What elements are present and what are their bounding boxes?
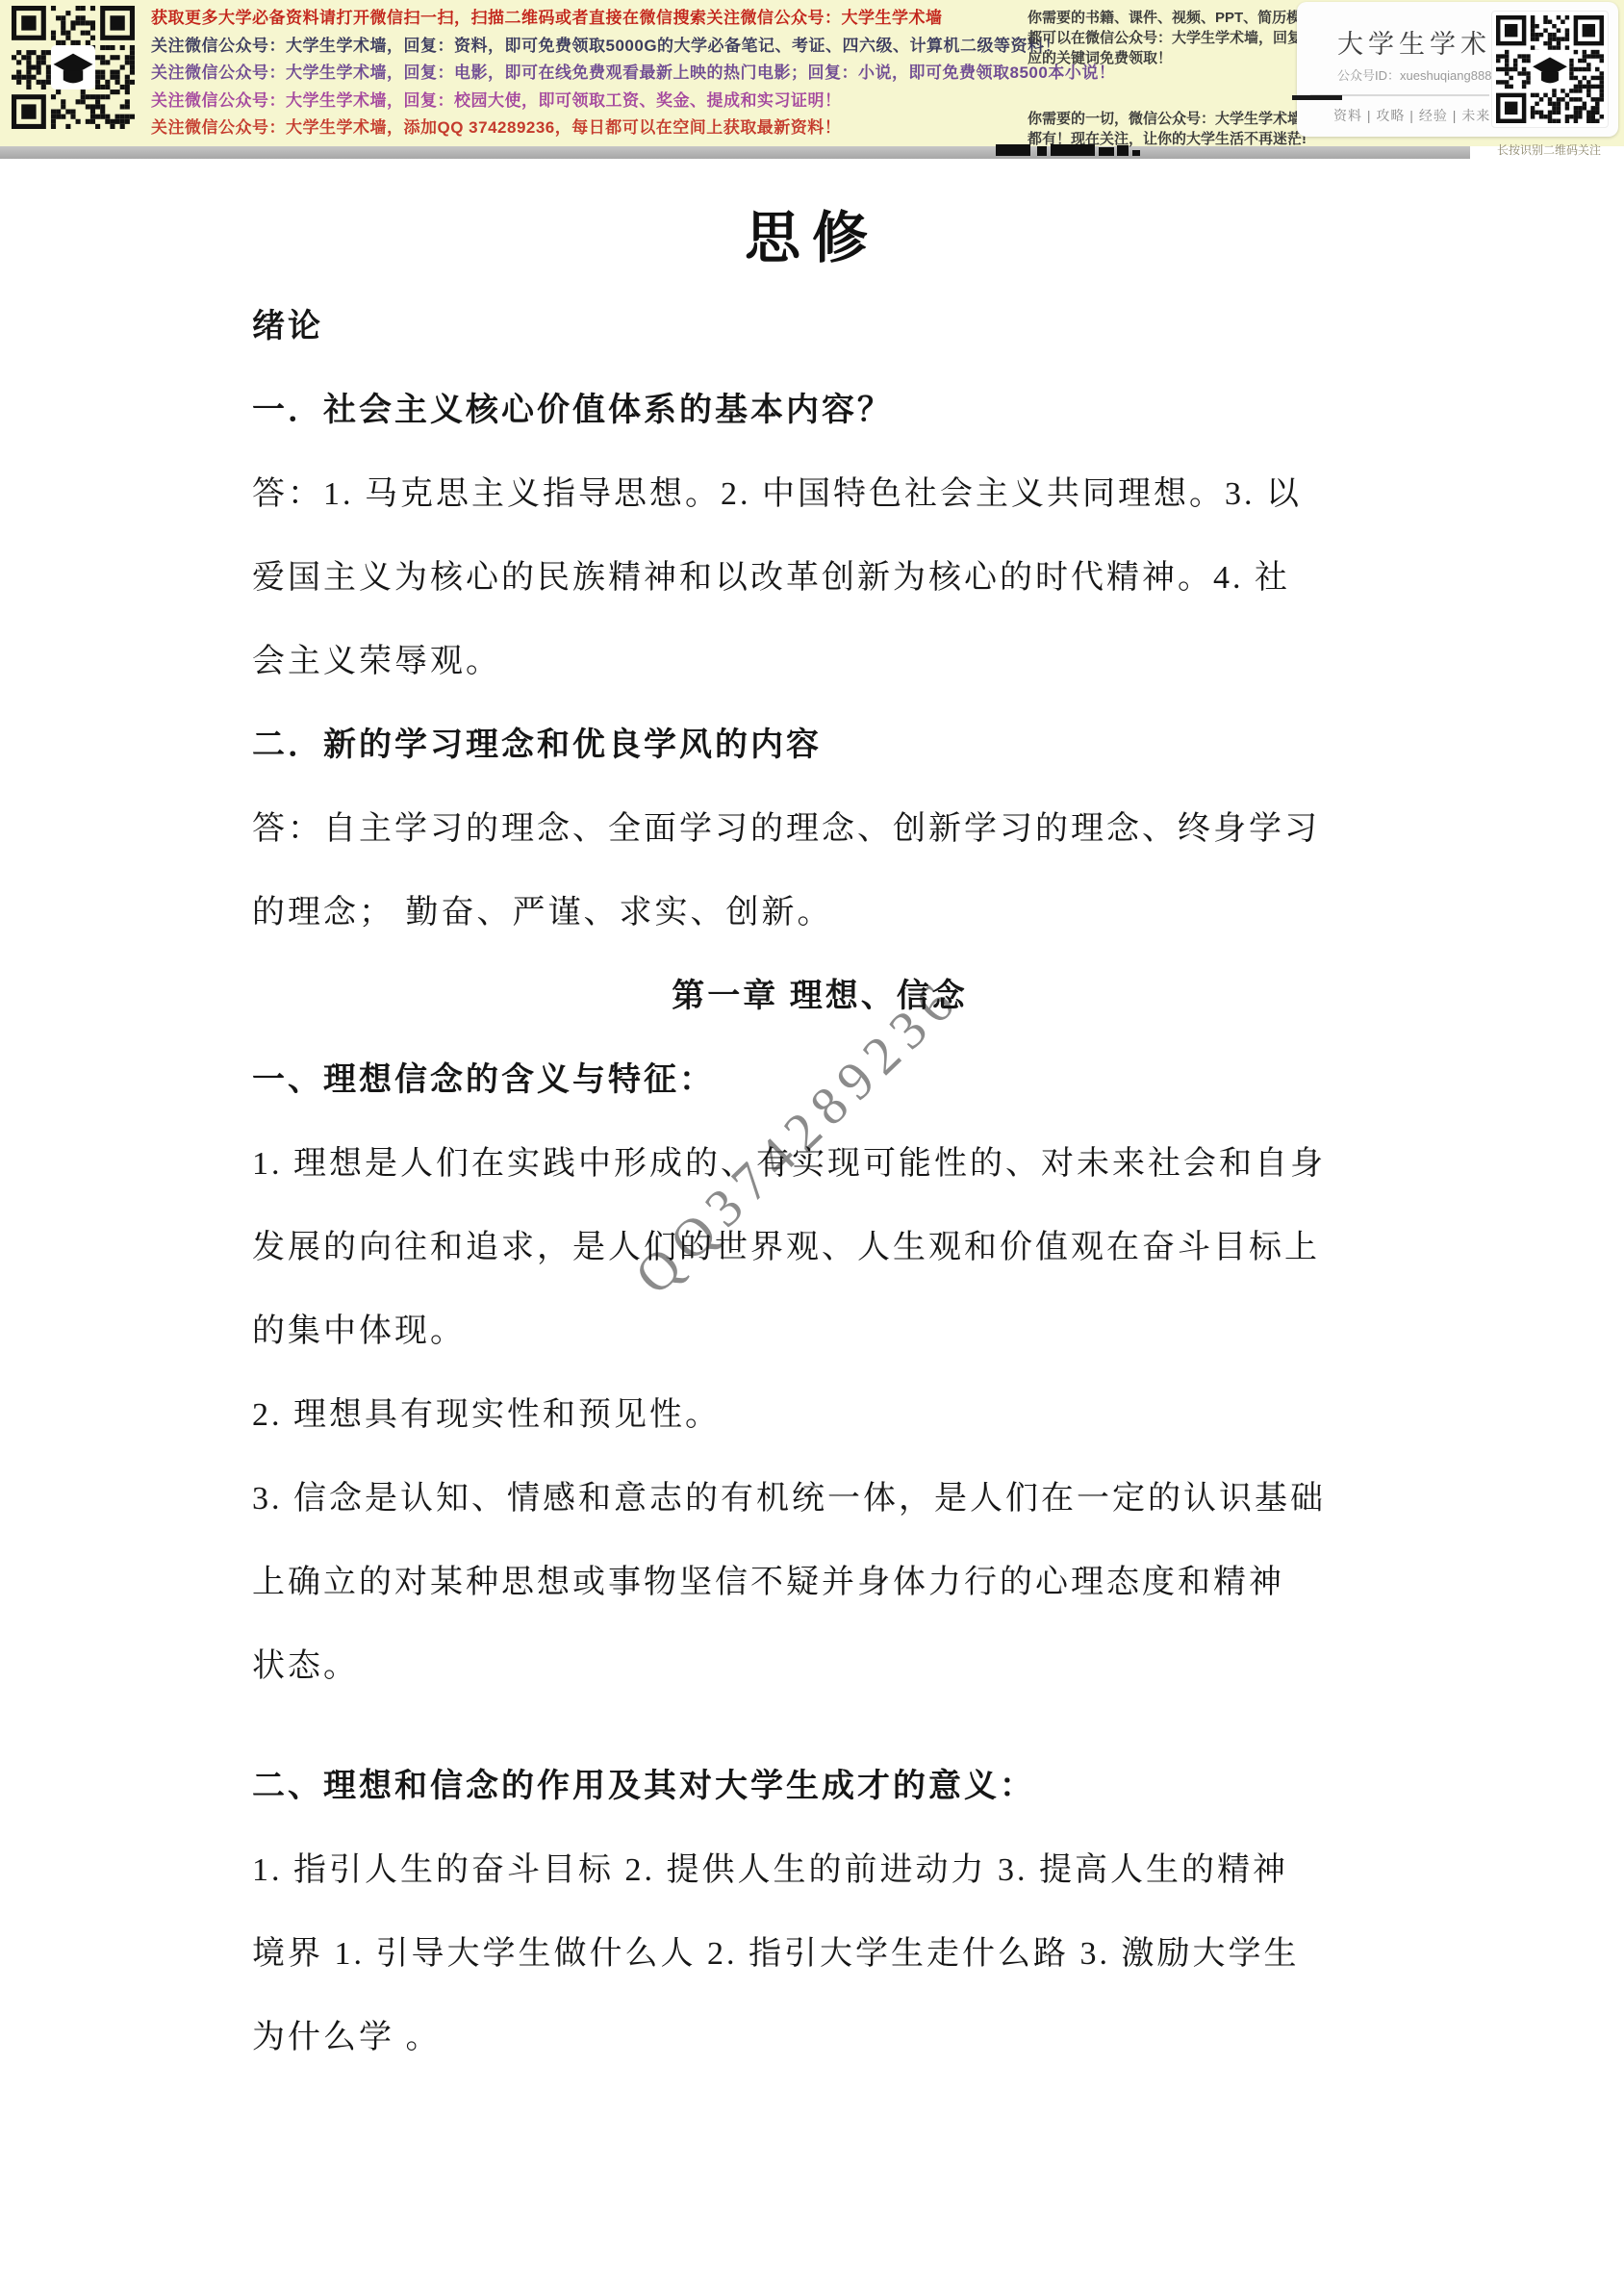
document-line: 3. 信念是认知、情感和意志的有机统一体，是人们在一定的认识基础 [252,1453,1387,1537]
document-line: 答：1. 马克思主义指导思想。2. 中国特色社会主义共同理想。3. 以 [252,448,1387,532]
document-line: 2. 理想具有现实性和预见性。 [252,1369,1387,1453]
document-line: 的集中体现。 [252,1286,1387,1369]
document-line: 发展的向往和追求，是人们的世界观、人生观和价值观在奋斗目标上 [252,1202,1387,1286]
promo-middle-block1: 你需要的书籍、课件、视频、PPT、简历模板都可以在微信公众号：大学生学术墙，回复… [1028,8,1321,68]
document-line: 答：自主学习的理念、全面学习的理念、创新学习的理念、终身学习 [252,783,1387,867]
document-line: 上确立的对某种思想或事物坚信不疑并身体力行的心理态度和精神 [252,1537,1387,1620]
document-body: 绪论一．社会主义核心价值体系的基本内容？答：1. 马克思主义指导思想。2. 中国… [252,281,1387,2076]
document-line: 状态。 [252,1620,1387,1704]
official-account-card: 大学生学术墙 公众号ID：xueshuqiang8888 资料 | 攻略 | 经… [1297,2,1618,137]
document-line: 绪论 [252,281,1387,365]
document-line: 1. 理想是人们在实践中形成的、有实现可能性的、对未来社会和自身 [252,1118,1387,1202]
wechat-qr-code-card [1496,15,1604,123]
document-line: 境界 1. 引导大学生做什么人 2. 指引大学生走什么路 3. 激励大学生 [252,1908,1387,1992]
promo-line: 关注微信公众号：大学生学术墙，回复：校园大使，即可领取工资、奖金、提成和实习证明… [151,88,1031,115]
promo-middle-block2: 你需要的一切，微信公众号：大学生学术墙，都有！现在关注，让你的大学生活不再迷茫! [1028,109,1321,149]
qr-caption: 长按识别二维码关注 [1497,141,1601,158]
document-line: 爱国主义为核心的民族精神和以改革创新为核心的时代精神。4. 社 [252,532,1387,616]
promo-middle-column: 你需要的书籍、课件、视频、PPT、简历模板都可以在微信公众号：大学生学术墙，回复… [1028,8,1321,149]
document-title: 思修 [0,192,1624,273]
promo-line: 关注微信公众号：大学生学术墙，添加QQ 374289236，每日都可以在空间上获… [151,115,1031,142]
document-line: 二、理想和信念的作用及其对大学生成才的意义： [252,1741,1387,1824]
document-line: 一．社会主义核心价值体系的基本内容？ [252,365,1387,448]
document-line: 1. 指引人生的奋斗目标 2. 提供人生的前进动力 3. 提高人生的精神 [252,1824,1387,1908]
account-card-tags: 资料 | 攻略 | 经验 | 未来 [1333,106,1490,125]
card-qr-frame [1491,11,1609,128]
document-line: 会主义荣辱观。 [252,616,1387,700]
document-line: 第一章 理想、信念 [252,951,1387,1034]
document-line: 一、理想信念的含义与特征： [252,1034,1387,1118]
card-dark-dash-artifact [1292,95,1342,100]
promo-line: 关注微信公众号：大学生学术墙，回复：资料，即可免费领取5000G的大学必备笔记、… [151,33,1031,61]
scanned-document-page: { "banner": { "lines": [ {"text": "获取更多大… [0,0,1624,2295]
wechat-qr-code-left [12,6,135,129]
promo-banner: 获取更多大学必备资料请打开微信扫一扫，扫描二维码或者直接在微信搜索关注微信公众号… [0,0,1624,146]
document-line: 二．新的学习理念和优良学风的内容 [252,700,1387,783]
promo-text-lines: 获取更多大学必备资料请打开微信扫一扫，扫描二维码或者直接在微信搜索关注微信公众号… [151,5,1031,142]
promo-line: 获取更多大学必备资料请打开微信扫一扫，扫描二维码或者直接在微信搜索关注微信公众号… [151,5,1031,33]
document-line: 为什么学 。 [252,1992,1387,2076]
promo-line: 关注微信公众号：大学生学术墙，回复：电影，即可在线免费观看最新上映的热门电影；回… [151,60,1031,88]
document-line: 的理念； 勤奋、严谨、求实、创新。 [252,867,1387,951]
account-card-id: 公众号ID：xueshuqiang8888 [1337,65,1499,84]
